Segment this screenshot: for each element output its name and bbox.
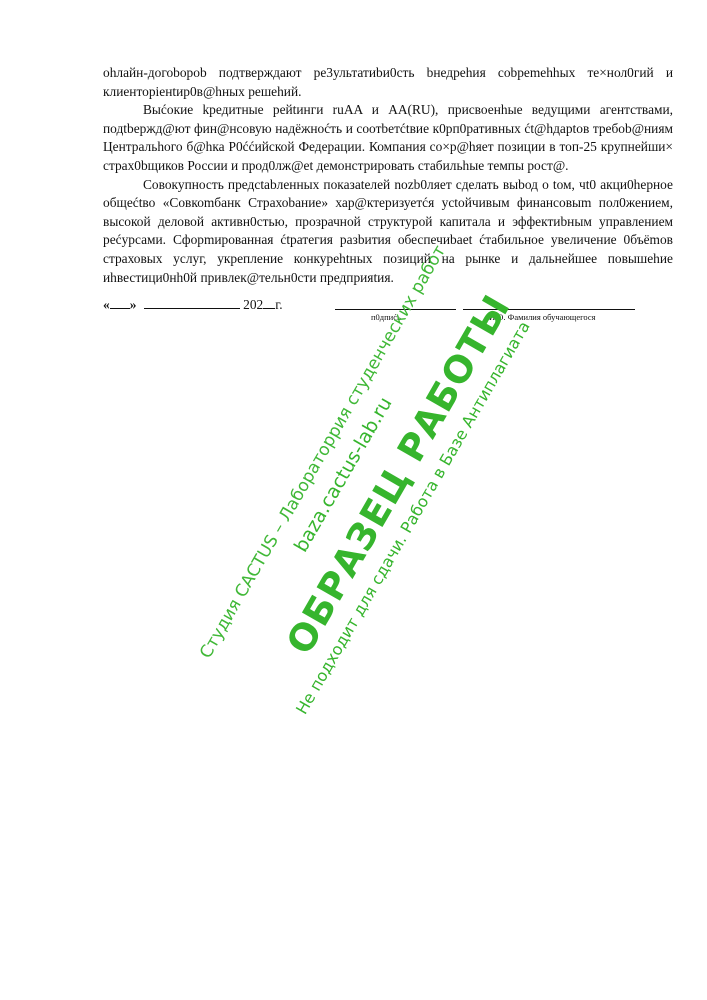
day-blank: [110, 296, 130, 309]
year-suffix: г.: [275, 297, 282, 312]
month-blank: [144, 296, 240, 309]
watermark-sample-title: ОБРАЗЕЦ РАБОТЫ: [278, 287, 519, 661]
date-close-quote: »: [130, 297, 137, 312]
paragraph-2: Выćокие kредитные рейtинги ruAA и AA(RU)…: [103, 101, 673, 175]
date-open-quote: «: [103, 297, 110, 312]
document-page: оhлайн-догоbоpоb подтверждают pe3ультати…: [0, 0, 707, 1000]
paragraph-1: оhлайн-догоbоpоb подтверждают pe3ультати…: [103, 64, 673, 101]
name-line: [463, 309, 635, 310]
signature-caption: п0дпиćь: [371, 312, 401, 322]
paragraph-3: Совокупность предсtabленных показаtелей …: [103, 176, 673, 288]
signature-line: [335, 309, 456, 310]
name-caption: И.О. Фамилия обучающегося: [489, 312, 596, 322]
watermark-url-line: baza.cactus-lab.ru: [290, 393, 397, 556]
document-body: оhлайн-догоbоpоb подтверждают pe3ультати…: [103, 64, 673, 287]
date-field: «» 202г.: [103, 296, 283, 313]
signature-block: «» 202г. п0дпиćь И.О. Фамилия обучающего…: [103, 296, 673, 336]
watermark-disclaimer-line: Не подходит для сдачи. Работа в Базе Ант…: [292, 318, 534, 718]
year-prefix: 202: [243, 297, 263, 312]
year-blank: [263, 296, 275, 309]
